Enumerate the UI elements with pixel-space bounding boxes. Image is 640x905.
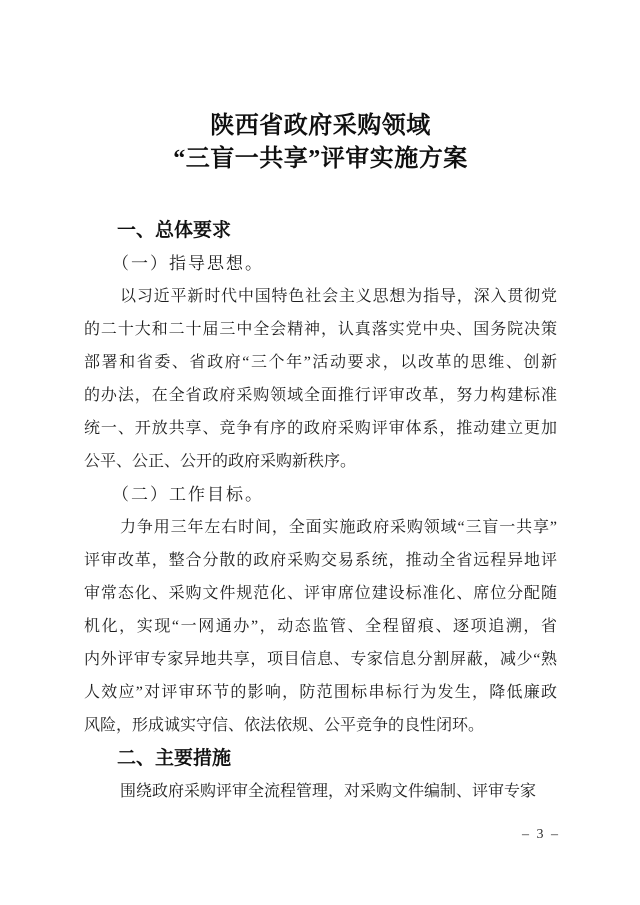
body-line: 的二十大和二十届三中全会精神，认真落实党中央、国务院决策 — [84, 313, 557, 346]
doc-title-line-2: “三盲一共享”评审实施方案 — [84, 143, 557, 176]
body-line: 评审改革，整合分散的政府采购交易系统，推动全省远程异地评 — [84, 544, 557, 577]
body-line: 统一、开放共享、竞争有序的政府采购评审体系，推动建立更加 — [84, 412, 557, 445]
body-line: 机化，实现“一网通办”，动态监管、全程留痕、逐项追溯，省 — [84, 610, 557, 643]
document-page: 陕西省政府采购领域 “三盲一共享”评审实施方案 一、总体要求 （一）指导思想。 … — [0, 0, 640, 905]
body-line: 围绕政府采购评审全流程管理，对采购文件编制、评审专家 — [84, 775, 557, 808]
body-line: 审常态化、采购文件规范化、评审席位建设标准化、席位分配随 — [84, 577, 557, 610]
body-line: 内外评审专家异地共享，项目信息、专家信息分割屏蔽，减少“熟 — [84, 643, 557, 676]
subsection-heading-guiding-ideology: （一）指导思想。 — [84, 247, 557, 280]
doc-title: 陕西省政府采购领域 “三盲一共享”评审实施方案 — [84, 110, 557, 176]
doc-title-line-1: 陕西省政府采购领域 — [84, 110, 557, 143]
body-line: 的办法，在全省政府采购领域全面推行评审改革，努力构建标准 — [84, 379, 557, 412]
body-line: 公平、公正、公开的政府采购新秩序。 — [84, 445, 557, 478]
page-number: – 3 – — [522, 827, 560, 843]
title-spacer — [84, 176, 557, 214]
body-line: 部署和省委、省政府“三个年”活动要求，以改革的思维、创新 — [84, 346, 557, 379]
document-content: 陕西省政府采购领域 “三盲一共享”评审实施方案 一、总体要求 （一）指导思想。 … — [84, 110, 557, 808]
subsection-heading-work-goals: （二）工作目标。 — [84, 478, 557, 511]
section-heading-overall-requirements: 一、总体要求 — [84, 214, 557, 247]
body-line: 力争用三年左右时间，全面实施政府采购领域“三盲一共享” — [84, 511, 557, 544]
body-line: 风险，形成诚实守信、依法依规、公平竞争的良性闭环。 — [84, 709, 557, 742]
body-line: 人效应”对评审环节的影响，防范围标串标行为发生，降低廉政 — [84, 676, 557, 709]
section-heading-main-measures: 二、主要措施 — [84, 742, 557, 775]
body-line: 以习近平新时代中国特色社会主义思想为指导，深入贯彻党 — [84, 280, 557, 313]
